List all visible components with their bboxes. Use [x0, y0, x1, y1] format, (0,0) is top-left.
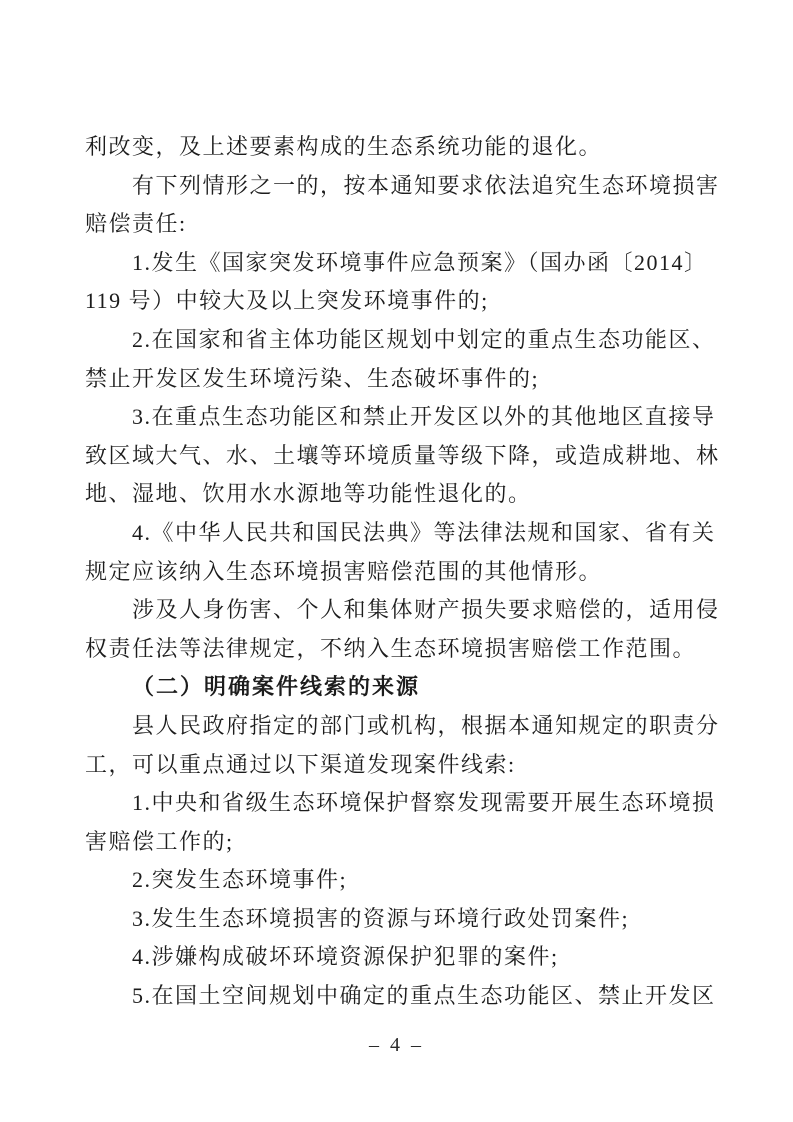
text-line: 119 号）中较大及以上突发环境事件的; [85, 282, 745, 321]
text-line: 规定应该纳入生态环境损害赔偿范围的其他情形。 [85, 553, 745, 592]
page-number: – 4 – [369, 1034, 424, 1056]
paragraph: 4.《中华人民共和国民法典》等法律法规和国家、省有关规定应该纳入生态环境损害赔偿… [85, 514, 745, 591]
text-line: 禁止开发区发生环境污染、生态破坏事件的; [85, 360, 745, 399]
paragraph: 利改变，及上述要素构成的生态系统功能的退化。 [85, 128, 745, 167]
text-line: （二）明确案件线索的来源 [85, 668, 745, 707]
page-footer: – 4 – [0, 1034, 793, 1057]
paragraph: 3.发生生态环境损害的资源与环境行政处罚案件; [85, 900, 745, 939]
text-line: 致区域大气、水、土壤等环境质量等级下降，或造成耕地、林 [85, 437, 745, 476]
text-line: 权责任法等法律规定，不纳入生态环境损害赔偿工作范围。 [85, 630, 745, 669]
paragraph: 涉及人身伤害、个人和集体财产损失要求赔偿的，适用侵权责任法等法律规定，不纳入生态… [85, 591, 745, 668]
text-line: 涉及人身伤害、个人和集体财产损失要求赔偿的，适用侵 [85, 591, 745, 630]
paragraph: 县人民政府指定的部门或机构，根据本通知规定的职责分工，可以重点通过以下渠道发现案… [85, 707, 745, 784]
text-line: 工，可以重点通过以下渠道发现案件线索: [85, 746, 745, 785]
text-line: 5.在国土空间规划中确定的重点生态功能区、禁止开发区 [85, 977, 745, 1016]
text-line: 1.发生《国家突发环境事件应急预案》（国办函〔2014〕 [85, 244, 745, 283]
paragraph: 1.中央和省级生态环境保护督察发现需要开展生态环境损害赔偿工作的; [85, 784, 745, 861]
paragraph: 2.突发生态环境事件; [85, 861, 745, 900]
paragraph: 2.在国家和省主体功能区规划中划定的重点生态功能区、禁止开发区发生环境污染、生态… [85, 321, 745, 398]
paragraph: 1.发生《国家突发环境事件应急预案》（国办函〔2014〕119 号）中较大及以上… [85, 244, 745, 321]
document-body: 利改变，及上述要素构成的生态系统功能的退化。有下列情形之一的，按本通知要求依法追… [85, 128, 745, 1016]
paragraph: 3.在重点生态功能区和禁止开发区以外的其他地区直接导致区域大气、水、土壤等环境质… [85, 398, 745, 514]
text-line: 县人民政府指定的部门或机构，根据本通知规定的职责分 [85, 707, 745, 746]
text-line: 1.中央和省级生态环境保护督察发现需要开展生态环境损 [85, 784, 745, 823]
text-line: 有下列情形之一的，按本通知要求依法追究生态环境损害 [85, 167, 745, 206]
section-heading: （二）明确案件线索的来源 [85, 668, 745, 707]
paragraph: 4.涉嫌构成破坏环境资源保护犯罪的案件; [85, 938, 745, 977]
text-line: 地、湿地、饮用水水源地等功能性退化的。 [85, 475, 745, 514]
text-line: 2.在国家和省主体功能区规划中划定的重点生态功能区、 [85, 321, 745, 360]
paragraph: 5.在国土空间规划中确定的重点生态功能区、禁止开发区 [85, 977, 745, 1016]
text-line: 4.涉嫌构成破坏环境资源保护犯罪的案件; [85, 938, 745, 977]
document-page: 利改变，及上述要素构成的生态系统功能的退化。有下列情形之一的，按本通知要求依法追… [0, 0, 793, 1122]
text-line: 2.突发生态环境事件; [85, 861, 745, 900]
text-line: 3.发生生态环境损害的资源与环境行政处罚案件; [85, 900, 745, 939]
text-line: 3.在重点生态功能区和禁止开发区以外的其他地区直接导 [85, 398, 745, 437]
text-line: 赔偿责任: [85, 205, 745, 244]
text-line: 害赔偿工作的; [85, 823, 745, 862]
text-line: 4.《中华人民共和国民法典》等法律法规和国家、省有关 [85, 514, 745, 553]
text-line: 利改变，及上述要素构成的生态系统功能的退化。 [85, 128, 745, 167]
paragraph: 有下列情形之一的，按本通知要求依法追究生态环境损害赔偿责任: [85, 167, 745, 244]
